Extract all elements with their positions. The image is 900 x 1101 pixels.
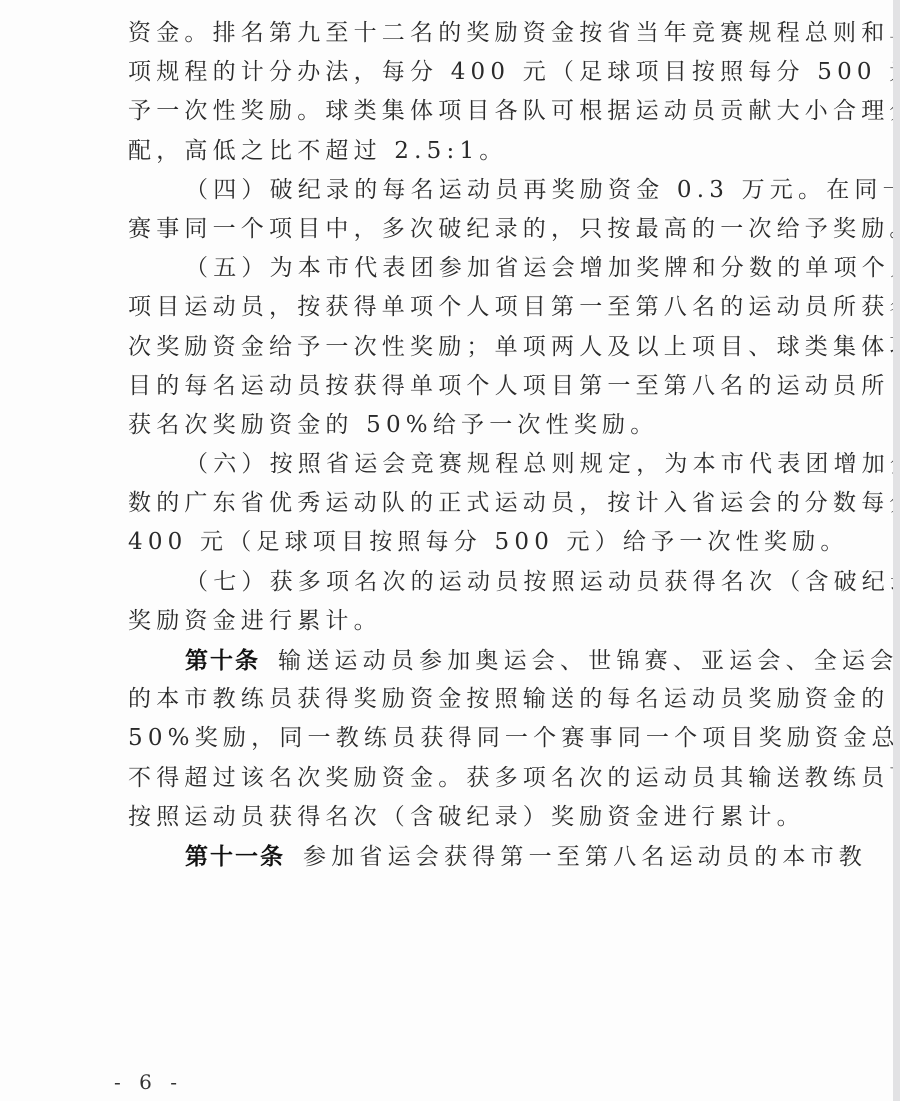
text-line: 赛事同一个项目中，多次破纪录的，只按最高的一次给予奖励。 xyxy=(128,210,828,249)
text-line: 予一次性奖励。球类集体项目各队可根据运动员贡献大小合理分 xyxy=(128,92,828,131)
text-line: 获名次奖励资金的 50%给予一次性奖励。 xyxy=(128,406,828,445)
text-line: 次奖励资金给予一次性奖励；单项两人及以上项目、球类集体项 xyxy=(128,328,828,367)
article-eleven-text: 参加省运会获得第一至第八名运动员的本市教 xyxy=(303,844,867,870)
text-line: 目的每名运动员按获得单项个人项目第一至第八名的运动员所 xyxy=(128,367,828,406)
article-eleven-heading: 第十一条 xyxy=(185,843,285,870)
document-page: 资金。排名第九至十二名的奖励资金按省当年竞赛规程总则和单 项规程的计分办法，每分… xyxy=(0,0,893,1101)
page-edge-divider xyxy=(893,0,900,1101)
clause-seven-line: （七）获多项名次的运动员按照运动员获得名次（含破纪录） xyxy=(128,563,828,602)
text-line: 不得超过该名次奖励资金。获多项名次的运动员其输送教练员可 xyxy=(128,759,828,798)
article-ten-text: 输送运动员参加奥运会、世锦赛、亚运会、全运会 xyxy=(278,648,898,674)
clause-four-line: （四）破纪录的每名运动员再奖励资金 0.3 万元。在同一个 xyxy=(128,171,828,210)
text-line: 按照运动员获得名次（含破纪录）奖励资金进行累计。 xyxy=(128,798,828,837)
text-line: 项目运动员，按获得单项个人项目第一至第八名的运动员所获名 xyxy=(128,288,828,327)
article-ten-line: 第十条输送运动员参加奥运会、世锦赛、亚运会、全运会 xyxy=(128,641,828,680)
text-line: 400 元（足球项目按照每分 500 元）给予一次性奖励。 xyxy=(128,523,828,562)
text-line: 奖励资金进行累计。 xyxy=(128,602,828,641)
page-number: - 6 - xyxy=(114,1070,183,1094)
text-line: 的本市教练员获得奖励资金按照输送的每名运动员奖励资金的 xyxy=(128,680,828,719)
document-body: 资金。排名第九至十二名的奖励资金按省当年竞赛规程总则和单 项规程的计分办法，每分… xyxy=(128,14,828,876)
text-line: 数的广东省优秀运动队的正式运动员，按计入省运会的分数每分 xyxy=(128,484,828,523)
clause-five-line: （五）为本市代表团参加省运会增加奖牌和分数的单项个人 xyxy=(128,249,828,288)
text-line: 配，高低之比不超过 2.5:1。 xyxy=(128,132,828,171)
text-line: 50%奖励，同一教练员获得同一个赛事同一个项目奖励资金总额 xyxy=(128,719,828,758)
clause-six-line: （六）按照省运会竞赛规程总则规定，为本市代表团增加分 xyxy=(128,445,828,484)
text-line: 项规程的计分办法，每分 400 元（足球项目按照每分 500 元）给 xyxy=(128,53,828,92)
article-ten-heading: 第十条 xyxy=(185,647,260,674)
article-eleven-line: 第十一条参加省运会获得第一至第八名运动员的本市教 xyxy=(128,837,828,876)
text-line: 资金。排名第九至十二名的奖励资金按省当年竞赛规程总则和单 xyxy=(128,14,828,53)
